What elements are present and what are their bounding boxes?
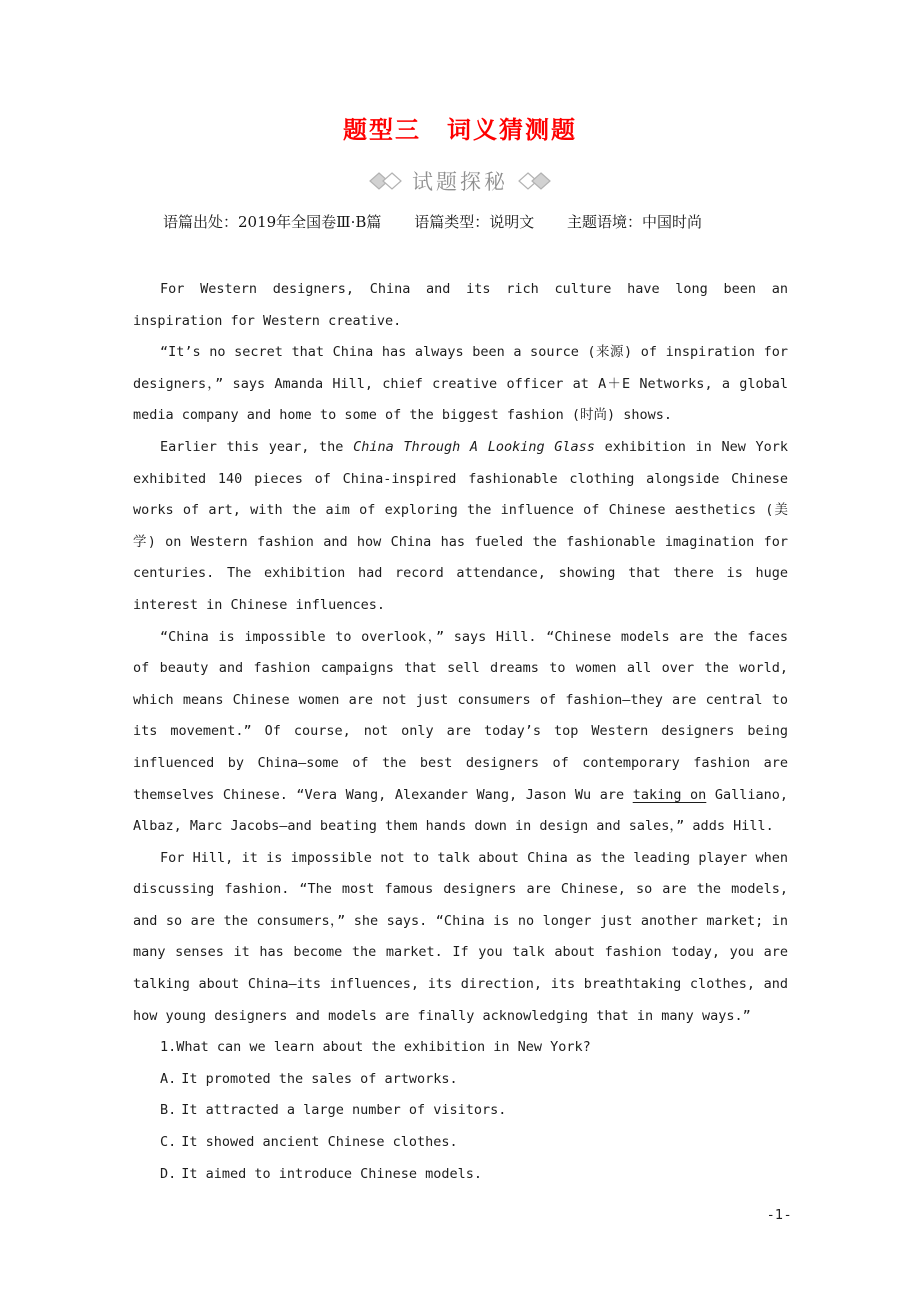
passage-meta: 语篇出处：2019年全国卷Ⅲ·B篇 语篇类型：说明文 主题语境：中国时尚 [0, 211, 920, 232]
passage-paragraph: “It’s no secret that China has always be… [133, 337, 788, 432]
passage-paragraph: “China is impossible to overlook，” says … [133, 622, 788, 843]
passage-run-italic: China Through A Looking Glass [353, 439, 595, 455]
question-option: C.It showed ancient Chinese clothes. [133, 1127, 788, 1159]
option-text: It attracted a large number of visitors. [181, 1102, 506, 1118]
passage-run: Earlier this year, the [160, 439, 353, 455]
question-option: D.It aimed to introduce Chinese models. [133, 1159, 788, 1191]
double-diamond-left-icon [369, 171, 403, 191]
page-number: -1- [768, 1208, 792, 1223]
question-block: 1.What can we learn about the exhibition… [0, 1032, 920, 1190]
passage-paragraph: For Hill, it is impossible not to talk a… [133, 843, 788, 1033]
option-label: A. [160, 1071, 176, 1087]
passage-run: For Hill, it is impossible not to talk a… [133, 850, 788, 1024]
meta-theme: 主题语境：中国时尚 [567, 213, 702, 231]
document-page: 题型三 词义猜测题 试题探秘 语篇出处：2019年全国卷Ⅲ·B篇 语篇类型：说明… [0, 0, 920, 1302]
question-option: B.It attracted a large number of visitor… [133, 1095, 788, 1127]
passage-run-underline: taking on [633, 787, 707, 803]
meta-source: 语篇出处：2019年全国卷Ⅲ·B篇 [163, 213, 381, 231]
passage-run: “China is impossible to overlook，” says … [133, 629, 788, 803]
double-diamond-right-icon [517, 171, 551, 191]
passage-run: “It’s no secret that China has always be… [133, 344, 788, 423]
option-label: D. [160, 1166, 176, 1182]
passage-run: For Western designers, China and its ric… [133, 281, 788, 329]
question-stem: 1.What can we learn about the exhibition… [133, 1032, 788, 1064]
meta-type: 语篇类型：说明文 [414, 213, 534, 231]
option-text: It aimed to introduce Chinese models. [181, 1166, 482, 1182]
passage-paragraph: For Western designers, China and its ric… [133, 274, 788, 337]
option-text: It showed ancient Chinese clothes. [181, 1134, 457, 1150]
question-option: A.It promoted the sales of artworks. [133, 1064, 788, 1096]
page-title: 题型三 词义猜测题 [0, 0, 920, 145]
passage-run: exhibition in New York exhibited 140 pie… [133, 439, 788, 613]
section-header: 试题探秘 [0, 166, 920, 196]
option-text: It promoted the sales of artworks. [181, 1071, 457, 1087]
option-label: C. [160, 1134, 176, 1150]
question-options: A.It promoted the sales of artworks.B.It… [133, 1064, 788, 1190]
option-label: B. [160, 1102, 176, 1118]
passage: For Western designers, China and its ric… [0, 274, 920, 1032]
passage-paragraph: Earlier this year, the China Through A L… [133, 432, 788, 622]
section-header-label: 试题探秘 [412, 166, 508, 196]
